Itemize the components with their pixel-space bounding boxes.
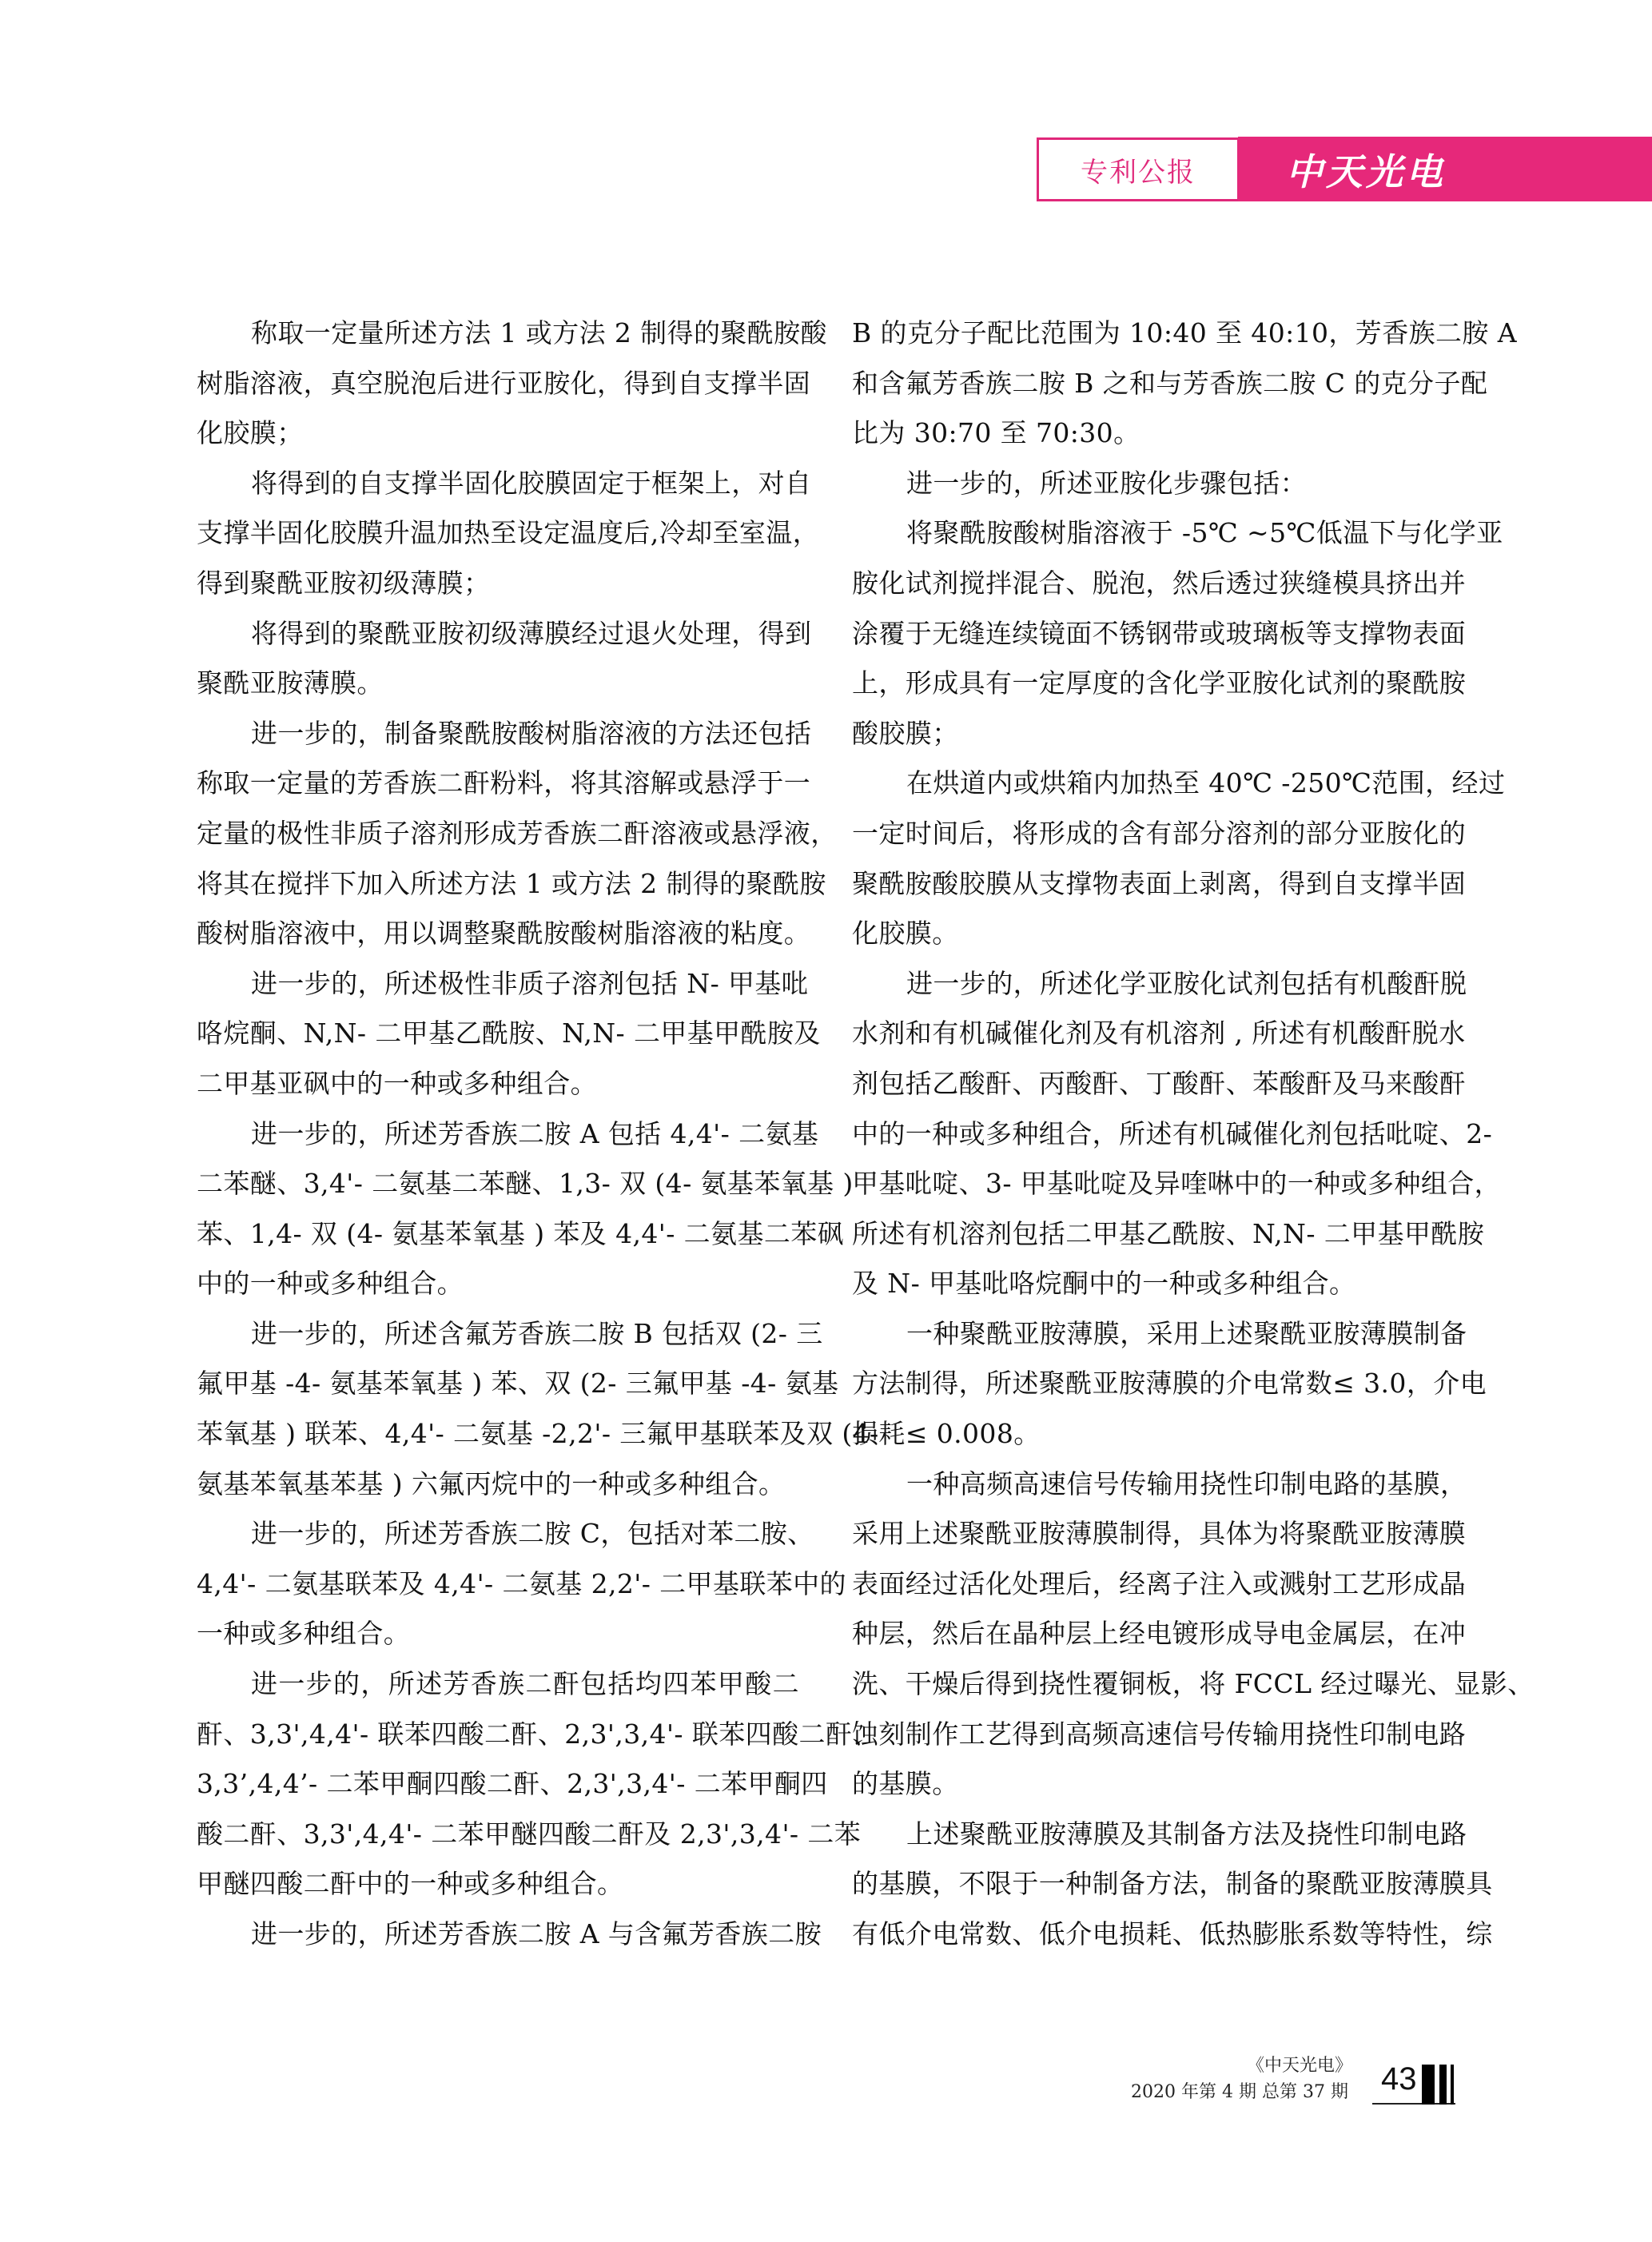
footer-issue-info: 2020 年第 4 期 总第 37 期	[1131, 2078, 1348, 2103]
text-line: 和含氟芳香族二胺 B 之和与芳香族二胺 C 的克分子配	[852, 359, 1455, 409]
text-line: 将聚酰胺酸树脂溶液于 -5℃ ~5℃低温下与化学亚	[852, 508, 1455, 559]
text-line: 定量的极性非质子溶剂形成芳香族二酐溶液或悬浮液，	[197, 809, 799, 859]
text-line: 蚀刻制作工艺得到高频高速信号传输用挠性印制电路	[852, 1710, 1455, 1760]
left-text-column: 称取一定量所述方法 1 或方法 2 制得的聚酰胺酸树脂溶液，真空脱泡后进行亚胺化…	[197, 309, 799, 1960]
text-line: 上述聚酰亚胺薄膜及其制备方法及挠性印制电路	[852, 1810, 1455, 1860]
text-line: 水剂和有机碱催化剂及有机溶剂 , 所述有机酸酐脱水	[852, 1009, 1455, 1059]
text-line: 将得到的聚酰亚胺初级薄膜经过退火处理，得到	[197, 609, 799, 659]
text-line: 苯氧基 ) 联苯、4,4'- 二氨基 -2,2'- 三氟甲基联苯及双 (4-	[197, 1409, 799, 1459]
text-line: 将得到的自支撑半固化胶膜固定于框架上，对自	[197, 459, 799, 509]
text-line: 氨基苯氧基苯基 ) 六氟丙烷中的一种或多种组合。	[197, 1459, 799, 1510]
section-label-box: 专利公报	[1037, 137, 1240, 201]
text-line: 中的一种或多种组合。	[197, 1259, 799, 1309]
text-line: 聚酰胺酸胶膜从支撑物表面上剥离，得到自支撑半固	[852, 859, 1455, 910]
text-line: 一种或多种组合。	[197, 1609, 799, 1659]
text-line: 一种高频高速信号传输用挠性印制电路的基膜，	[852, 1459, 1455, 1510]
text-line: 酐、3,3',4,4'- 联苯四酸二酐、2,3',3,4'- 联苯四酸二酐、	[197, 1710, 799, 1760]
text-line: 甲基吡啶、3- 甲基吡啶及异喹啉中的一种或多种组合，	[852, 1159, 1455, 1209]
text-line: 酸树脂溶液中，用以调整聚酰胺酸树脂溶液的粘度。	[197, 909, 799, 959]
page-marker-bar-icon	[1439, 2065, 1447, 2105]
text-line: 进一步的，所述芳香族二胺 A 与含氟芳香族二胺	[197, 1909, 799, 1960]
text-line: 苯、1,4- 双 (4- 氨基苯氧基 ) 苯及 4,4'- 二氨基二苯砜	[197, 1209, 799, 1260]
text-line: 涂覆于无缝连续镜面不锈钢带或玻璃板等支撑物表面	[852, 609, 1455, 659]
text-line: 咯烷酮、N,N- 二甲基乙酰胺、N,N- 二甲基甲酰胺及	[197, 1009, 799, 1059]
text-line: 方法制得，所述聚酰亚胺薄膜的介电常数≤ 3.0，介电	[852, 1359, 1455, 1409]
text-line: 称取一定量的芳香族二酐粉料，将其溶解或悬浮于一	[197, 759, 799, 809]
text-line: 酸胶膜；	[852, 709, 1455, 759]
text-line: 胺化试剂搅拌混合、脱泡，然后透过狭缝模具挤出并	[852, 559, 1455, 609]
text-line: 进一步的，所述极性非质子溶剂包括 N- 甲基吡	[197, 959, 799, 1009]
text-line: 进一步的，所述含氟芳香族二胺 B 包括双 (2- 三	[197, 1309, 799, 1360]
text-line: 支撑半固化胶膜升温加热至设定温度后,冷却至室温，	[197, 508, 799, 559]
text-line: 一定时间后，将形成的含有部分溶剂的部分亚胺化的	[852, 809, 1455, 859]
right-text-column: B 的克分子配比范围为 10:40 至 40:10，芳香族二胺 A和含氟芳香族二…	[852, 309, 1455, 1960]
brand-logo-text: 中天光电	[1286, 143, 1446, 196]
text-line: 得到聚酰亚胺初级薄膜；	[197, 559, 799, 609]
text-line: 化胶膜。	[852, 909, 1455, 959]
brand-banner: 中天光电	[1238, 137, 1652, 201]
text-line: 将其在搅拌下加入所述方法 1 或方法 2 制得的聚酰胺	[197, 859, 799, 910]
text-line: 损耗≤ 0.008。	[852, 1409, 1455, 1459]
text-line: 有低介电常数、低介电损耗、低热膨胀系数等特性，综	[852, 1909, 1455, 1960]
text-line: 氟甲基 -4- 氨基苯氧基 ) 苯、双 (2- 三氟甲基 -4- 氨基	[197, 1359, 799, 1409]
text-line: 二苯醚、3,4'- 二氨基二苯醚、1,3- 双 (4- 氨基苯氧基 )	[197, 1159, 799, 1209]
text-line: 进一步的，制备聚酰胺酸树脂溶液的方法还包括	[197, 709, 799, 759]
footer-journal-name: 《中天光电》	[1247, 2052, 1352, 2077]
text-line: B 的克分子配比范围为 10:40 至 40:10，芳香族二胺 A	[852, 309, 1455, 359]
text-line: 的基膜。	[852, 1759, 1455, 1810]
page-number: 43	[1381, 2061, 1417, 2097]
text-line: 聚酰亚胺薄膜。	[197, 659, 799, 709]
text-line: 树脂溶液，真空脱泡后进行亚胺化，得到自支撑半固	[197, 359, 799, 409]
text-line: 表面经过活化处理后，经离子注入或溅射工艺形成晶	[852, 1559, 1455, 1610]
text-line: 比为 30:70 至 70:30。	[852, 408, 1455, 459]
text-line: 进一步的，所述芳香族二胺 C，包括对苯二胺、	[197, 1509, 799, 1559]
page-marker-bar-icon	[1422, 2065, 1435, 2105]
text-line: 进一步的，所述芳香族二酐包括均四苯甲酸二	[197, 1659, 799, 1710]
text-line: 二甲基亚砜中的一种或多种组合。	[197, 1059, 799, 1109]
text-line: 采用上述聚酰亚胺薄膜制得，具体为将聚酰亚胺薄膜	[852, 1509, 1455, 1559]
text-line: 4,4'- 二氨基联苯及 4,4'- 二氨基 2,2'- 二甲基联苯中的	[197, 1559, 799, 1610]
text-line: 一种聚酰亚胺薄膜，采用上述聚酰亚胺薄膜制备	[852, 1309, 1455, 1360]
text-line: 进一步的，所述芳香族二胺 A 包括 4,4'- 二氨基	[197, 1109, 799, 1160]
text-line: 在烘道内或烘箱内加热至 40℃ -250℃范围，经过	[852, 759, 1455, 809]
text-line: 上，形成具有一定厚度的含化学亚胺化试剂的聚酰胺	[852, 659, 1455, 709]
text-line: 洗、干燥后得到挠性覆铜板，将 FCCL 经过曝光、显影、	[852, 1659, 1455, 1710]
section-label: 专利公报	[1081, 150, 1196, 189]
text-line: 甲醚四酸二酐中的一种或多种组合。	[197, 1859, 799, 1909]
text-line: 进一步的，所述亚胺化步骤包括：	[852, 459, 1455, 509]
page-marker-bar-icon	[1451, 2065, 1454, 2105]
text-line: 及 N- 甲基吡咯烷酮中的一种或多种组合。	[852, 1259, 1455, 1309]
text-line: 中的一种或多种组合，所述有机碱催化剂包括吡啶、2-	[852, 1109, 1455, 1160]
text-line: 所述有机溶剂包括二甲基乙酰胺、N,N- 二甲基甲酰胺	[852, 1209, 1455, 1260]
text-line: 称取一定量所述方法 1 或方法 2 制得的聚酰胺酸	[197, 309, 799, 359]
text-line: 种层，然后在晶种层上经电镀形成导电金属层，在冲	[852, 1609, 1455, 1659]
text-line: 3,3’,4,4’- 二苯甲酮四酸二酐、2,3',3,4'- 二苯甲酮四	[197, 1759, 799, 1810]
text-line: 化胶膜；	[197, 408, 799, 459]
text-line: 酸二酐、3,3',4,4'- 二苯甲醚四酸二酐及 2,3',3,4'- 二苯	[197, 1810, 799, 1860]
text-line: 进一步的，所述化学亚胺化试剂包括有机酸酐脱	[852, 959, 1455, 1009]
text-line: 剂包括乙酸酐、丙酸酐、丁酸酐、苯酸酐及马来酸酐	[852, 1059, 1455, 1109]
text-line: 的基膜，不限于一种制备方法，制备的聚酰亚胺薄膜具	[852, 1859, 1455, 1909]
